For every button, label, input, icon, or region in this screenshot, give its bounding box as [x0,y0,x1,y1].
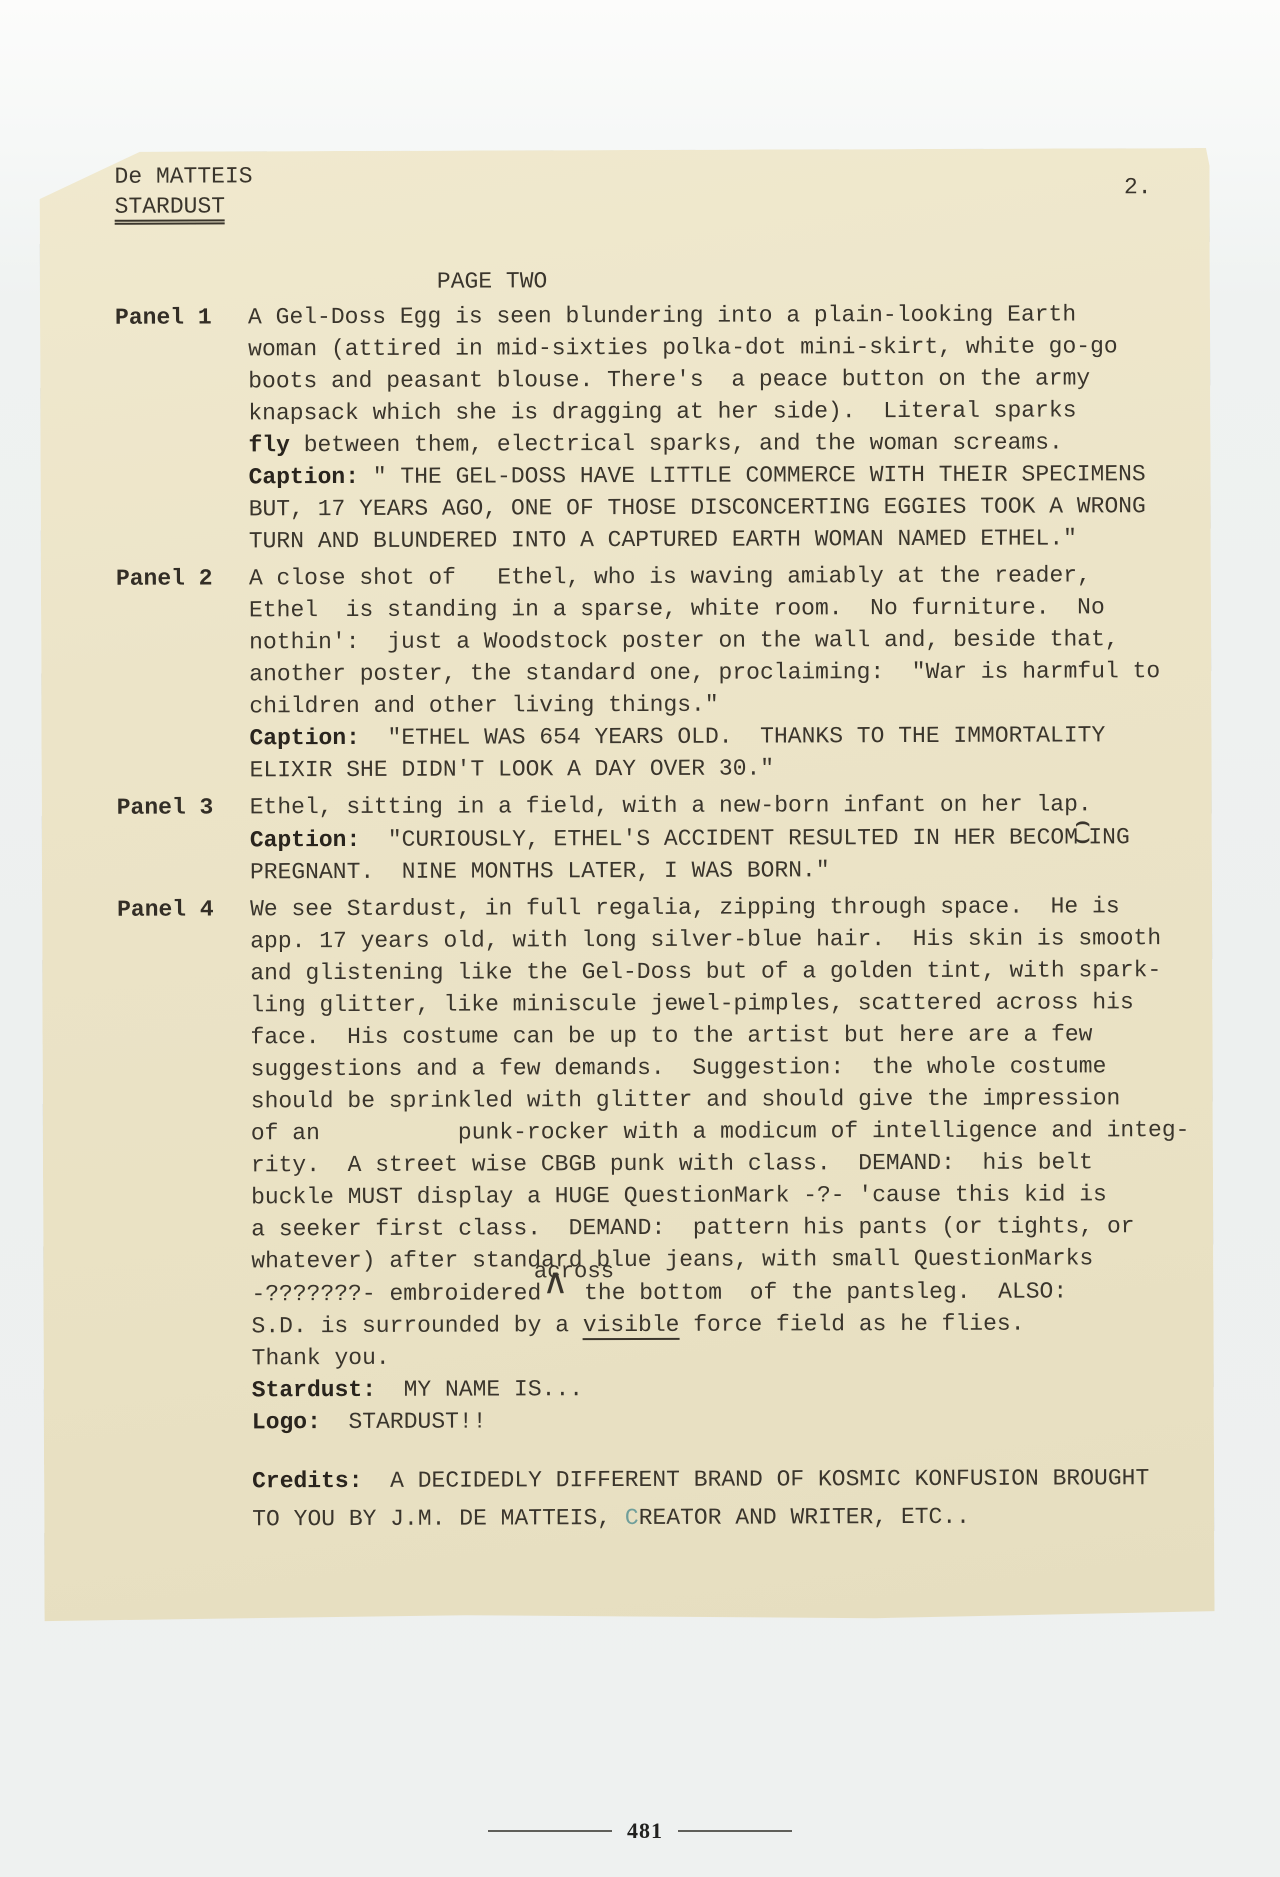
script-line: buckle MUST display a HUGE QuestionMark … [251,1178,1190,1213]
script-line: We see Stardust, in full regalia, zippin… [250,890,1189,925]
text-run: the bottom of the pantsleg. ALSO: [570,1278,1067,1306]
text-run: and glistening like the Gel-Doss but of … [250,957,1161,986]
script-line: ELIXIR SHE DIDN'T LOOK A DAY OVER 30." [250,751,1161,786]
script-line: nothin': just a Woodstock poster on the … [249,623,1160,658]
panel-label: Panel 1 [115,301,248,333]
text-run: ling glitter, like miniscule jewel-pimpl… [250,989,1133,1018]
script-line: Credits: A DECIDEDLY DIFFERENT BRAND OF … [252,1459,1156,1500]
page-heading: PAGE TWO [437,263,1152,297]
script-line: S.D. is surrounded by a visible force fi… [251,1307,1190,1342]
script-line: PREGNANT. NINE MONTHS LATER, I WAS BORN.… [250,853,1154,888]
text-run: ING [1088,824,1130,850]
text-run: should be sprinkled with glitter and sho… [251,1085,1121,1114]
doc-title-header: STARDUST [115,188,1152,225]
text-run: Thank you. [252,1345,390,1371]
script-line: TURN AND BLUNDERED INTO A CAPTURED EARTH… [249,522,1153,557]
panel-row: Panel 3Ethel, sitting in a field, with a… [117,788,1154,889]
text-run: a seeker first class. DEMAND: pattern hi… [251,1213,1134,1242]
text-run: MY NAME IS... [376,1376,583,1403]
panel-row: Panel 4We see Stardust, in full regalia,… [117,890,1156,1439]
script-line: fly between them, electrical sparks, and… [248,426,1152,461]
footer-rule-left [488,1830,612,1832]
script-line: Ethel is standing in a sparse, white roo… [249,591,1160,626]
text-run: Ethel, sitting in a field, with a new-bo… [250,791,1092,820]
caret-glyph: ∧ [542,1266,568,1298]
text-run: " THE GEL-DOSS HAVE LITTLE COMMERCE WITH… [359,461,1146,490]
script-line: Stardust: MY NAME IS... [252,1371,1191,1406]
text-run: of an punk-rocker with a modicum of inte… [251,1117,1190,1146]
script-line: -???????- embroideredacross∧ the bottom … [251,1274,1190,1310]
script-line: Caption: " THE GEL-DOSS HAVE LITTLE COMM… [249,458,1153,493]
author-header: De MATTEIS [114,158,1151,192]
text-run: another poster, the standard one, procla… [249,658,1160,687]
text-run: face. His costume can be up to the artis… [250,1021,1092,1050]
text-run: We see Stardust, in full regalia, zippin… [250,893,1120,922]
text-run: suggestions and a few demands. Suggestio… [251,1053,1107,1082]
bold-run: Caption: [249,464,360,490]
credits-block: Credits: A DECIDEDLY DIFFERENT BRAND OF … [252,1459,1156,1538]
text-run: STARDUST!! [321,1408,487,1435]
script-line: woman (attired in mid-sixties polka-dot … [248,330,1152,365]
text-run: TURN AND BLUNDERED INTO A CAPTURED EARTH… [249,525,1077,554]
text-run: Ethel is standing in a sparse, white roo… [249,594,1105,623]
bold-run: Credits: [252,1468,363,1494]
text-run: children and other living things." [249,692,718,720]
script-line: Thank you. [252,1339,1191,1374]
panel-list: Panel 1A Gel-Doss Egg is seen blundering… [115,298,1156,1439]
text-run: A close shot of Ethel, who is waving ami… [249,562,1091,591]
text-run: nothin': just a Woodstock poster on the … [249,626,1119,655]
footer-rule-right [678,1830,792,1832]
page-number: 2. [1124,174,1152,200]
text-run: REATOR AND WRITER, ETC.. [639,1504,970,1531]
bold-run: Caption: [250,827,361,853]
text-run: TO YOU BY J.M. DE MATTEIS, [252,1505,625,1532]
script-line: another poster, the standard one, procla… [249,655,1160,690]
script-line: a seeker first class. DEMAND: pattern hi… [251,1210,1190,1245]
script-line: app. 17 years old, with long silver-blue… [250,922,1189,957]
script-line: Caption: "CURIOUSLY, ETHEL'S ACCIDENT RE… [250,820,1154,856]
text-run: app. 17 years old, with long silver-blue… [250,925,1161,954]
script-line: A close shot of Ethel, who is waving ami… [249,559,1160,594]
text-run: A DECIDEDLY DIFFERENT BRAND OF KOSMIC KO… [362,1465,1149,1494]
panel-label: Panel 3 [117,791,250,823]
typescript-paper: De MATTEIS STARDUST 2. PAGE TWO Panel 1A… [39,148,1214,1624]
text-run: buckle MUST display a HUGE QuestionMark … [251,1181,1107,1210]
text-run: S.D. is surrounded by a [251,1312,582,1339]
text-run: whatever) after standard blue jeans, wit… [251,1245,1093,1274]
script-line: boots and peasant blouse. There's a peac… [248,362,1152,397]
text-run: knapsack which she is dragging at her si… [248,397,1076,426]
script-line: suggestions and a few demands. Suggestio… [251,1050,1190,1085]
panel-label: Panel 4 [117,893,250,925]
bold-run: Logo: [252,1409,321,1435]
folio-number: 481 [627,1818,663,1844]
panel-row: Panel 1A Gel-Doss Egg is seen blundering… [115,298,1153,558]
script-line: knapsack which she is dragging at her si… [248,394,1152,429]
text-run: -???????- embroidered [251,1280,541,1307]
panel-lines: A Gel-Doss Egg is seen blundering into a… [248,298,1153,557]
script-line: TO YOU BY J.M. DE MATTEIS, CREATOR AND W… [252,1497,1156,1538]
bold-run: Caption: [249,725,360,751]
script-line: and glistening like the Gel-Doss but of … [250,954,1189,989]
script-line: Caption: "ETHEL WAS 654 YEARS OLD. THANK… [249,719,1160,754]
text-run: "CURIOUSLY, ETHEL'S ACCIDENT RESULTED IN… [360,824,1078,853]
tie-insertion-mark: ⌢⌣ [1078,820,1088,843]
panel-lines: We see Stardust, in full regalia, zippin… [250,890,1190,1438]
script-line: Logo: STARDUST!! [252,1403,1191,1438]
script-line: BUT, 17 YEARS AGO, ONE OF THOSE DISCONCE… [249,490,1153,525]
bold-run: fly [248,432,290,458]
script-line: should be sprinkled with glitter and sho… [251,1082,1190,1117]
tie-bottom-arc: ⌣ [1075,823,1090,855]
script-line: A Gel-Doss Egg is seen blundering into a… [248,298,1152,333]
text-run: between them, electrical sparks, and the… [290,429,1063,458]
script-line: of an punk-rocker with a modicum of inte… [251,1114,1190,1149]
paper-content: De MATTEIS STARDUST 2. PAGE TWO Panel 1A… [39,148,1214,1539]
text-run: boots and peasant blouse. There's a peac… [248,365,1090,394]
text-run: "ETHEL WAS 654 YEARS OLD. THANKS TO THE … [360,722,1105,751]
script-line: ling glitter, like miniscule jewel-pimpl… [250,986,1189,1021]
panel-row: Panel 2A close shot of Ethel, who is wav… [116,559,1154,787]
faint-run: C [625,1505,639,1531]
panel-lines: A close shot of Ethel, who is waving ami… [249,559,1161,786]
script-line: rity. A street wise CBGB punk with class… [251,1146,1190,1181]
panel-lines: Ethel, sitting in a field, with a new-bo… [250,788,1154,888]
script-line: children and other living things." [249,687,1160,722]
book-footer: 481 [0,1818,1280,1844]
bold-run: Stardust: [252,1377,376,1403]
scanned-book-page: { "header": { "author": "De MATTEIS", "t… [0,0,1280,1877]
script-line: face. His costume can be up to the artis… [250,1018,1189,1053]
panel-label: Panel 2 [116,562,249,594]
caret-insertion-mark: across∧ [541,1276,570,1299]
text-run: A Gel-Doss Egg is seen blundering into a… [248,301,1076,330]
script-line: whatever) after standard blue jeans, wit… [251,1242,1190,1277]
text-run: ELIXIR SHE DIDN'T LOOK A DAY OVER 30." [250,755,775,783]
underline-run: visible [583,1312,680,1340]
text-run: BUT, 17 YEARS AGO, ONE OF THOSE DISCONCE… [249,493,1146,522]
text-run: PREGNANT. NINE MONTHS LATER, I WAS BORN.… [250,857,830,885]
text-run: force field as he flies. [679,1311,1024,1338]
text-run: rity. A street wise CBGB punk with class… [251,1149,1093,1178]
script-line: Ethel, sitting in a field, with a new-bo… [250,788,1154,823]
doc-title-text: STARDUST [115,194,226,224]
text-run: woman (attired in mid-sixties polka-dot … [248,333,1118,362]
